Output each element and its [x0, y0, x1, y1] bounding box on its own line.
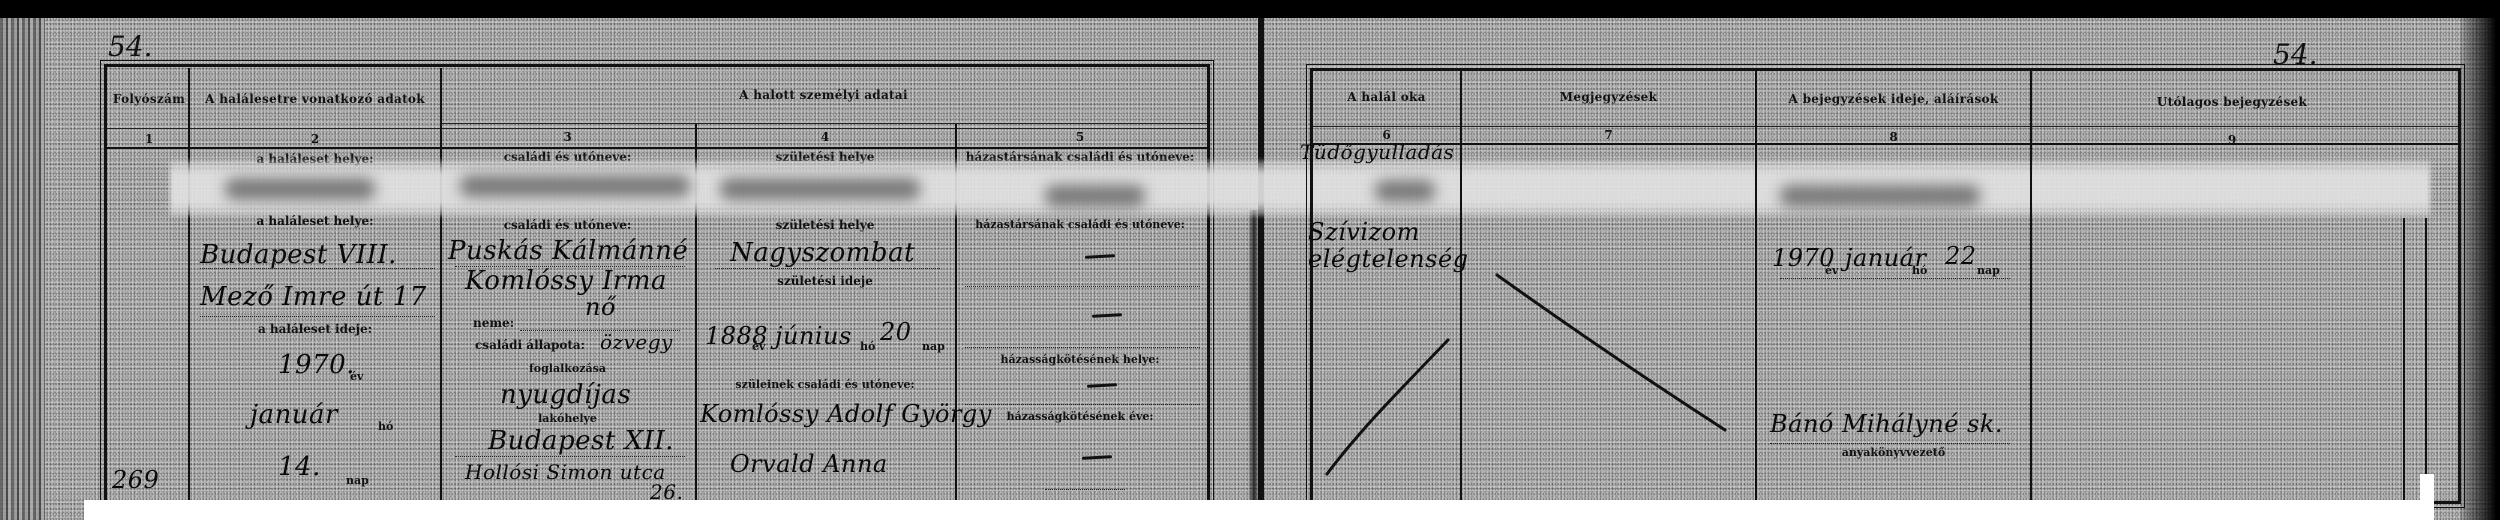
cancel-strokes [0, 0, 2500, 520]
white-notch [2420, 474, 2434, 520]
white-strip [84, 500, 2434, 520]
